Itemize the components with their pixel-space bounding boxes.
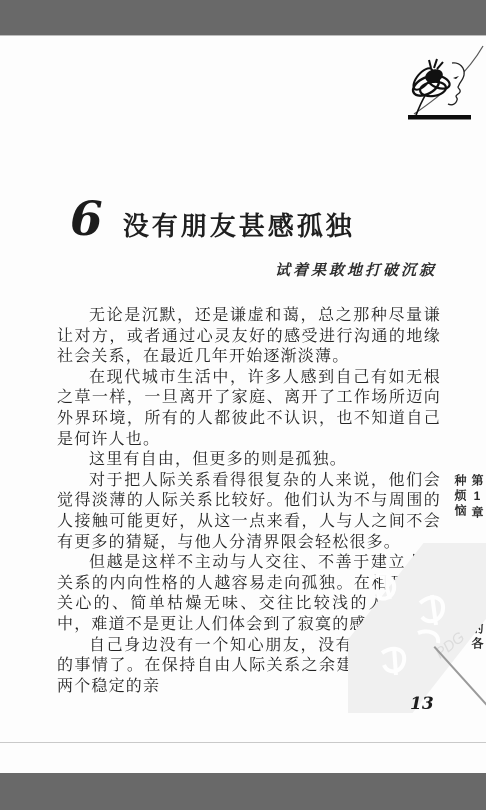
page-bottom-edge — [0, 742, 486, 743]
paragraph: 自己身边没有一个知心朋友，没有比这更寂寞的事情了。在保持自由人际关系之余建立和保… — [57, 636, 441, 698]
book-page-scan: 6 没有朋友甚感孤独 试着果敢地打破沉寂 无论是沉默，还是谦虚和蔼，总之那种尽量… — [0, 0, 486, 810]
page-number: 13 — [410, 694, 434, 714]
paragraph: 无论是沉默，还是谦虚和蔼，总之那种尽量谦让对方，或者通过心灵友好的感受进行沟通的… — [57, 306, 441, 368]
scratch-line — [434, 646, 486, 709]
face-doodle-illustration — [390, 38, 486, 126]
running-head-chapter-label: 第1章 — [470, 474, 484, 521]
body-text: 无论是沉默，还是谦虚和蔼，总之那种尽量谦让对方，或者通过心灵友好的感受进行沟通的… — [57, 306, 441, 697]
chapter-heading: 6 没有朋友甚感孤独 — [70, 196, 355, 243]
background-bottom-band — [0, 773, 486, 810]
underline-bar-icon — [408, 115, 471, 120]
chapter-title: 没有朋友甚感孤独 — [123, 206, 355, 243]
chapter-number: 6 — [70, 196, 103, 243]
paragraph: 但越是这样不主动与人交往、不善于建立人际关系的内向性格的人越容易走向孤独。在相互… — [57, 553, 441, 635]
paragraph: 这里有自由，但更多的则是孤独。 — [57, 450, 441, 471]
paragraph: 在现代城市生活中，许多人感到自己有如无根之草一样，一旦离开了家庭、离开了工作场所… — [57, 368, 441, 450]
bee-scribble-icon — [410, 59, 451, 118]
chapter-subtitle: 试着果敢地打破沉寂 — [275, 259, 437, 280]
running-head-vertical: 第1章 内向性格人的各种烦恼 — [452, 474, 486, 654]
paragraph: 对于把人际关系看得很复杂的人来说，他们会觉得淡薄的人际关系比较好。他们认为不与周… — [57, 471, 441, 553]
background-top-band — [0, 0, 486, 36]
